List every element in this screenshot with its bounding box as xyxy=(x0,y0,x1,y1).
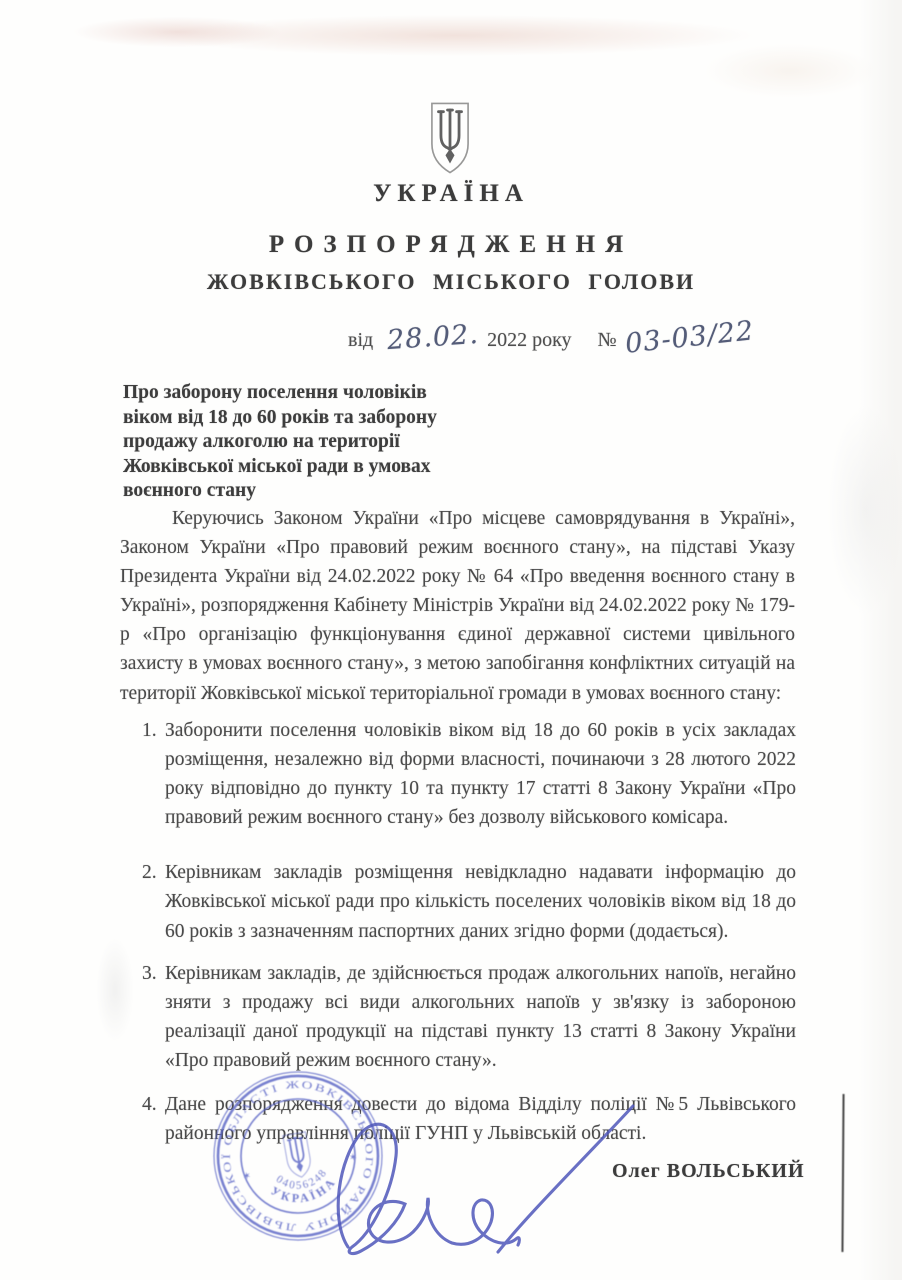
order-item: 1. Заборонити поселення чоловіків віком … xyxy=(120,716,796,832)
ukraine-trident-emblem-icon xyxy=(424,101,476,175)
subject-line: Про заборону поселення чоловіків xyxy=(123,381,553,406)
item-number: 1. xyxy=(142,716,157,745)
handwritten-date: 28.02. xyxy=(386,319,480,356)
date-number-line: від 28.02. 2022 року № 03-03/22 xyxy=(348,322,754,353)
country-name: УКРАЇНА xyxy=(0,180,902,208)
subject-line: воєнного стану xyxy=(123,479,553,504)
scan-artifact xyxy=(60,16,320,48)
order-item: 3. Керівникам закладів, де здійснюється … xyxy=(120,959,796,1075)
date-year: 2022 року xyxy=(487,329,571,352)
stamp-star: ✶ xyxy=(242,1171,252,1183)
official-stamp: ЖОВКІВСЬКОГО РАЙОНУ ЛЬВІВСЬКОЇ ОБЛАСТІ 0… xyxy=(212,1070,384,1242)
stamp-star: ✶ xyxy=(348,1152,358,1164)
item-number: 4. xyxy=(142,1090,157,1119)
number-sign: № xyxy=(598,329,617,352)
scan-artifact xyxy=(55,8,855,58)
document-subtitle: ЖОВКІВСЬКОГО МІСЬКОГО ГОЛОВИ xyxy=(0,269,902,295)
item-text: Керівникам закладів, де здійснюється про… xyxy=(165,963,796,1071)
paper-edge-line xyxy=(841,1094,844,1252)
date-prefix: від xyxy=(348,329,373,352)
scan-artifact xyxy=(810,370,902,650)
subject-line: Жовківської міської ради в умовах xyxy=(123,455,553,480)
scan-artifact xyxy=(690,36,890,106)
item-text: Заборонити поселення чоловіків віком від… xyxy=(165,720,796,828)
subject-line: продажу алкоголю на території xyxy=(123,430,553,455)
signer-name: Олег ВОЛЬСЬКИЙ xyxy=(612,1160,805,1183)
subject-line: віком від 18 до 60 років та заборону xyxy=(123,406,553,431)
item-text: Керівникам закладів розміщення невідклад… xyxy=(165,862,796,941)
order-item: 2. Керівникам закладів розміщення невідк… xyxy=(120,858,796,945)
document-title: РОЗПОРЯДЖЕННЯ xyxy=(0,231,902,259)
handwritten-number: 03-03/22 xyxy=(623,315,755,359)
preamble-paragraph: Керуючись Законом України «Про місцеве с… xyxy=(120,504,795,708)
item-number: 3. xyxy=(142,959,157,988)
subject-block: Про заборону поселення чоловіків віком в… xyxy=(123,381,553,504)
item-number: 2. xyxy=(142,858,157,887)
scanned-document-page: УКРАЇНА РОЗПОРЯДЖЕННЯ ЖОВКІВСЬКОГО МІСЬК… xyxy=(0,0,902,1280)
